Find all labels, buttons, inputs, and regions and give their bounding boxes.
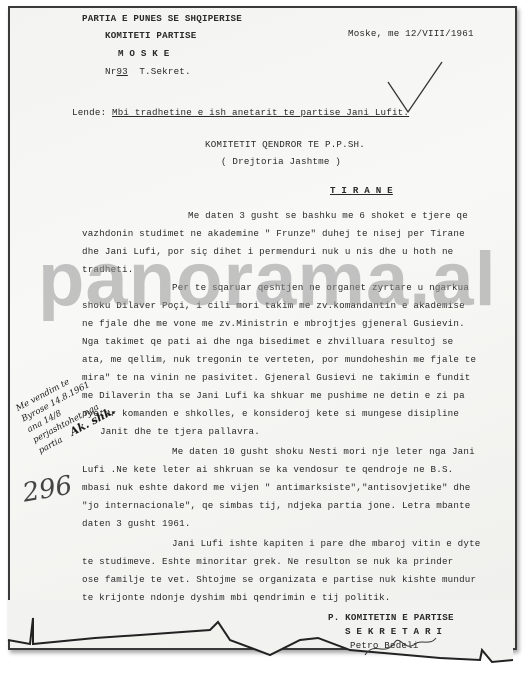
body-line: ose familje te vet. Shtojme se organizat… (82, 574, 476, 585)
body-line: shoku Dilaver Poçi, i cili mori takim me… (82, 300, 465, 311)
body-line: dhe Jani Lufi, por siç dihet i permendur… (82, 246, 453, 257)
body-line: mbasi nuk eshte dakord me vijen " antima… (82, 482, 471, 493)
document-number: Nr93 T.Sekret. (105, 66, 191, 77)
body-line: Nga takimet qe pati ai dhe nga bisedimet… (82, 336, 453, 347)
body-line: Lufi .Ne kete leter ai shkruan se ka ven… (82, 464, 453, 475)
body-line: Me daten 10 gusht shoku Nesti mori nje l… (172, 446, 475, 457)
org-line-1: PARTIA E PUNES SE SHQIPERISE (82, 13, 242, 24)
place-date: Moske, me 12/VIII/1961 (348, 28, 474, 39)
body-line: Jani Lufi ishte kapiten i pare dhe mbaro… (172, 538, 481, 549)
org-line-2: KOMITETI PARTISE (105, 30, 196, 41)
recipient-line-1: KOMITETIT QENDROR TE P.P.SH. (205, 139, 365, 150)
body-line: ata, me qellim, nuk tregonin te verteten… (82, 354, 476, 365)
body-line: vazhdonin studimet ne akademine " Frunze… (82, 228, 465, 239)
body-line: te studimeve. Eshte minoritar grek. Ne r… (82, 556, 453, 567)
body-line: te krijonte ndonje dyshim mbi qendrimin … (82, 592, 391, 603)
city-header: M O S K E (118, 48, 169, 59)
body-line: daten 3 gusht 1961. (82, 518, 191, 529)
body-line: me Dilaverin tha se Jani Lufi ka shkuar … (82, 390, 465, 401)
body-line: mira" te na vinin ne pasivitet. Gjeneral… (82, 372, 471, 383)
body-line: Janit dhe te tjera pallavra. (100, 426, 260, 437)
handwritten-number: 296 (22, 479, 73, 499)
body-line: tradheti. (82, 264, 133, 275)
body-line: Per te sqaruar qeshtjen ne organet zyrta… (172, 282, 469, 293)
handwritten-signature (360, 630, 440, 660)
signature-line-1: P. KOMITETIN E PARTISE (328, 612, 454, 623)
recipient-line-2: ( Drejtoria Jashtme ) (221, 156, 341, 167)
body-line: pyetur komanden e shkolles, e konsideroj… (82, 408, 459, 419)
subject-line: Lende: Mbi tradhetine e ish anetarit te … (72, 107, 409, 118)
body-line: Me daten 3 gusht se bashku me 6 shoket e… (188, 210, 468, 221)
body-line: ne fjale dhe me vone me zv.Ministrin e m… (82, 318, 465, 329)
recipient-city: T I R A N E (330, 185, 393, 196)
body-line: "jo internacionale", qe simbas tij, ndje… (82, 500, 471, 511)
